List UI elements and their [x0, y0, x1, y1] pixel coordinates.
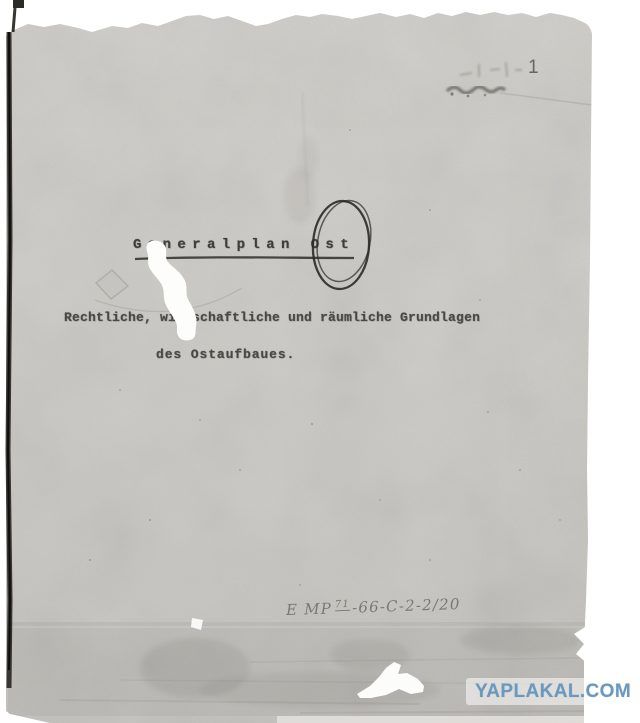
edge-nick-right	[574, 622, 593, 664]
damage-nick	[191, 618, 203, 630]
title-underline	[135, 257, 354, 259]
watermark: YAPLAKAL.COM	[466, 678, 640, 705]
scanned-page: Generalplan Ost Rechtliche, wirtschaftli…	[0, 0, 640, 723]
damage-blob-title	[146, 241, 196, 341]
ost-circle-annotation	[310, 195, 378, 290]
ink-and-damage-overlay	[0, 0, 640, 723]
damage-blob-bottom	[357, 662, 424, 698]
